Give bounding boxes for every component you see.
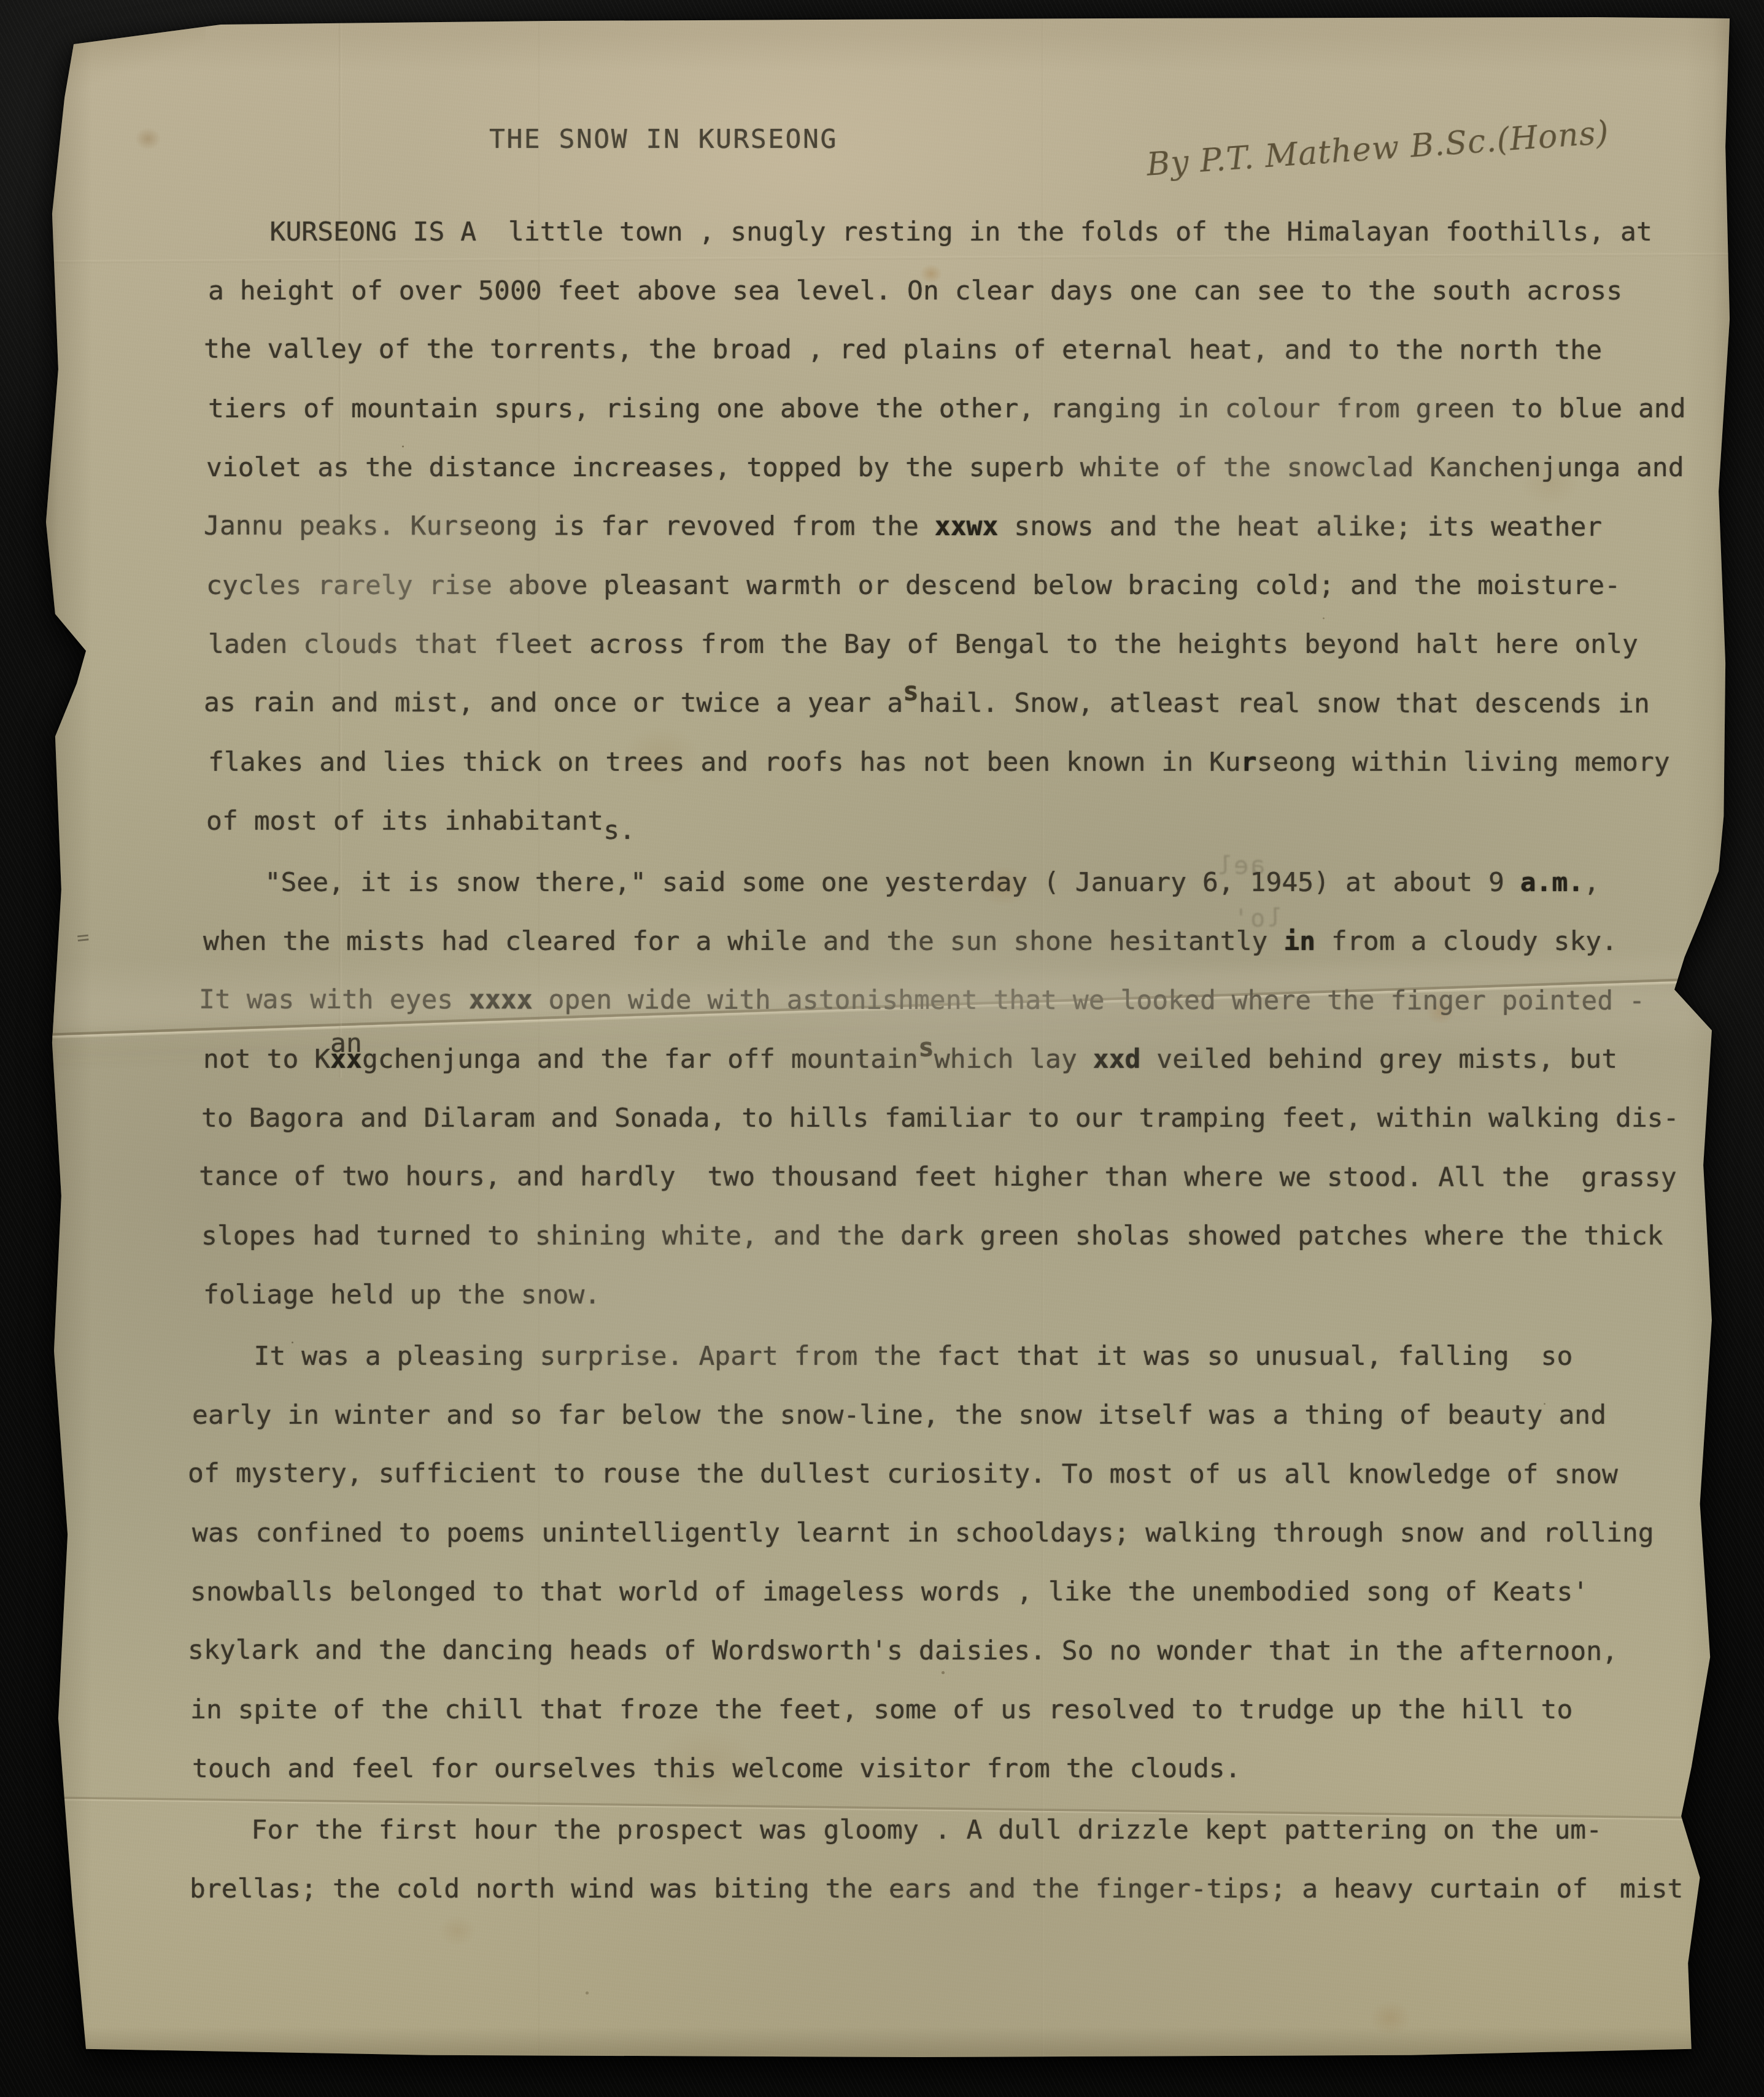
text-segment: It was a pleasing surprise. Apart from t…: [190, 1341, 1573, 1372]
text-segment: skylark and the dancing heads of Wordswo…: [188, 1635, 1618, 1667]
paragraph: KURSEONG IS A little town , snugly resti…: [206, 203, 1700, 851]
text-line: KURSEONG IS A little town , snugly resti…: [206, 203, 1700, 261]
text-segment: ,: [1584, 867, 1600, 898]
text-line: slopes had turned to shining white, and …: [201, 1207, 1700, 1265]
text-segment: "See, it is snow there," said some one y…: [201, 867, 1520, 898]
text-line: touch and feel for ourselves this welcom…: [192, 1739, 1701, 1798]
text-segment: veiled behind grey mists, but: [1140, 1044, 1617, 1075]
text-line: flakes and lies thick on trees and roofs…: [208, 733, 1701, 792]
overstrike-segment: r: [1241, 747, 1257, 778]
overstrike-segment: in: [1283, 926, 1315, 957]
typewritten-body: KURSEONG IS A little town , snugly resti…: [206, 203, 1700, 1921]
handwritten-byline: By P.T. Mathew B.Sc.(Hons): [1145, 104, 1760, 183]
text-segment: the valley of the torrents, the broad , …: [204, 334, 1602, 366]
text-segment: laden clouds that fleet across from the …: [208, 629, 1638, 660]
text-segment: tance of two hours, and hardly two thous…: [199, 1161, 1677, 1193]
overstrike-segment: s.: [603, 815, 635, 846]
text-line: to Bagora and Dilaram and Sonada, to hil…: [201, 1089, 1700, 1148]
text-segment: of mystery, sufficient to rouse the dull…: [188, 1458, 1618, 1490]
text-line: was confined to poems unintelligently le…: [192, 1504, 1701, 1562]
paragraph: It was a pleasing surprise. Apart from t…: [190, 1327, 1700, 1798]
text-segment: in spite of the chill that froze the fee…: [190, 1694, 1573, 1725]
text-segment: not to K: [203, 1044, 330, 1075]
text-segment: KURSEONG IS A little town , snugly resti…: [206, 217, 1652, 247]
text-line: Jannu peaks. Kurseong is far revoved fro…: [204, 496, 1697, 557]
text-segment: of most of its inhabitant: [206, 806, 603, 836]
overstrike-segment: a.m.: [1520, 867, 1584, 898]
text-line: It was a pleasing surprise. Apart from t…: [190, 1327, 1700, 1386]
text-line: It was with eyes xxxx open wide with ast…: [199, 970, 1697, 1030]
text-line: brellas; the cold north wind was biting …: [190, 1859, 1701, 1918]
paragraph: For the first hour the prospect was gloo…: [188, 1801, 1700, 1918]
text-line: tiers of mountain spurs, rising one abov…: [208, 379, 1701, 438]
text-segment: For the first hour the prospect was gloo…: [188, 1815, 1602, 1845]
manuscript-page: = aello' THE SNOW IN KURSEONG By P.T. Ma…: [34, 16, 1734, 2057]
text-line: "See, it is snow there," said some one y…: [201, 853, 1700, 912]
text-line: of mystery, sufficient to rouse the dull…: [188, 1444, 1697, 1504]
text-segment: when the mists had cleared for a while a…: [203, 926, 1283, 957]
scan-background: { "page": { "title": "THE SNOW IN KURSEO…: [0, 0, 1764, 2097]
text-segment: seong within living memory: [1257, 747, 1670, 778]
paragraph: "See, it is snow there," said some one y…: [201, 853, 1700, 1324]
text-segment: open wide with astonishment that we look…: [533, 984, 1645, 1016]
text-segment: a height of over 5000 feet above sea lev…: [208, 276, 1622, 306]
text-line: a height of over 5000 feet above sea lev…: [208, 261, 1701, 320]
text-line: snowballs belonged to that world of imag…: [190, 1562, 1700, 1621]
text-segment: snows and the heat alike; its weather: [998, 511, 1602, 543]
text-segment: tiers of mountain spurs, rising one abov…: [208, 393, 1686, 424]
text-line: when the mists had cleared for a while a…: [203, 912, 1701, 971]
top-left-corner-fold: [34, 16, 206, 274]
text-segment: touch and feel for ourselves this welcom…: [192, 1753, 1241, 1784]
overstrike-segment: xxwx: [935, 511, 999, 542]
text-line: as rain and mist, and once or twice a ye…: [204, 673, 1697, 733]
text-line: in spite of the chill that froze the fee…: [190, 1680, 1700, 1739]
text-segment: gchenjunga and the far off mountain: [362, 1044, 918, 1075]
text-line: foliage held up the snow.: [203, 1265, 1701, 1324]
text-segment: from a cloudy sky.: [1315, 926, 1617, 957]
text-line: early in winter and so far below the sno…: [192, 1386, 1701, 1445]
text-line: violet as the distance increases, topped…: [206, 438, 1700, 497]
page-title: THE SNOW IN KURSEONG: [489, 124, 838, 155]
overstrike-segment: s: [903, 676, 919, 707]
text-segment: to Bagora and Dilaram and Sonada, to hil…: [201, 1103, 1679, 1133]
text-line: of most of its inhabitants.: [206, 792, 1700, 851]
text-line: For the first hour the prospect was gloo…: [188, 1801, 1700, 1859]
text-line: the valley of the torrents, the broad , …: [204, 320, 1697, 380]
text-line: laden clouds that fleet across from the …: [208, 615, 1701, 674]
text-segment: violet as the distance increases, topped…: [206, 452, 1684, 483]
manuscript-page-wrapper: = aello' THE SNOW IN KURSEONG By P.T. Ma…: [34, 16, 1734, 2057]
text-segment: foliage held up the snow.: [203, 1280, 600, 1310]
text-segment: brellas; the cold north wind was biting …: [190, 1874, 1684, 1904]
text-line: cycles rarely rise above pleasant warmth…: [206, 556, 1700, 615]
margin-mark: =: [75, 925, 91, 951]
text-segment: as rain and mist, and once or twice a ye…: [204, 687, 903, 719]
text-segment: It was with eyes: [199, 984, 469, 1015]
text-segment: which lay: [934, 1044, 1093, 1075]
text-segment: hail. Snow, atleast real snow that desce…: [919, 688, 1650, 719]
overstrike-segment: xxxx: [469, 984, 533, 1015]
text-segment: Jannu peaks. Kurseong is far revoved fro…: [204, 511, 935, 542]
overstrike-segment: s: [918, 1032, 934, 1063]
text-segment: cycles rarely rise above pleasant warmth…: [206, 570, 1620, 601]
text-segment: was confined to poems unintelligently le…: [192, 1518, 1654, 1548]
text-line: not to Kxxgchenjunga and the far off mou…: [203, 1030, 1701, 1089]
text-segment: snowballs belonged to that world of imag…: [190, 1577, 1588, 1607]
overstrike-segment: xxd: [1093, 1044, 1141, 1075]
inserted-correction: an: [330, 1014, 362, 1073]
text-segment: slopes had turned to shining white, and …: [201, 1221, 1663, 1251]
text-line: skylark and the dancing heads of Wordswo…: [188, 1621, 1697, 1681]
text-segment: flakes and lies thick on trees and roofs…: [208, 747, 1241, 778]
text-segment: early in winter and so far below the sno…: [192, 1400, 1606, 1431]
text-line: tance of two hours, and hardly two thous…: [199, 1147, 1697, 1207]
